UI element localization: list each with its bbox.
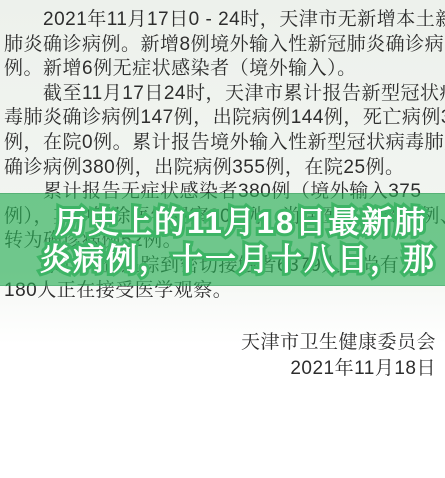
caption-title-line-2: 炎病例，十一月十八日，那 (40, 244, 436, 275)
body-line: 肺炎确诊病例。新增8例境外输入性新冠肺炎确诊病 (4, 33, 440, 58)
signature-block: 天津市卫生健康委员会 2021年11月18日 (241, 330, 436, 382)
signature-date: 2021年11月18日 (241, 356, 436, 382)
body-line: 截至11月17日24时，天津市累计报告新型冠状病 (4, 82, 440, 107)
caption-overlay-band: 历史上的11月18日最新肺 炎病例，十一月十八日，那 (0, 193, 445, 286)
caption-title-line-1: 历史上的11月18日最新肺 (55, 207, 427, 238)
body-line: 确诊病例380例，出院病例355例，在院25例。 (4, 156, 440, 181)
body-line: 例，在院0例。累计报告境外输入性新型冠状病毒肺炎 (4, 131, 440, 156)
signature-org: 天津市卫生健康委员会 (241, 330, 436, 356)
body-line: 例。新增6例无症状感染者（境外输入）。 (4, 57, 440, 82)
announcement-page: 2021年11月17日0 - 24时，天津市无新增本土新冠 肺炎确诊病例。新增8… (0, 0, 445, 478)
body-line: 2021年11月17日0 - 24时，天津市无新增本土新冠 (4, 8, 440, 33)
body-line: 毒肺炎确诊病例147例，出院病例144例，死亡病例3 (4, 106, 440, 131)
